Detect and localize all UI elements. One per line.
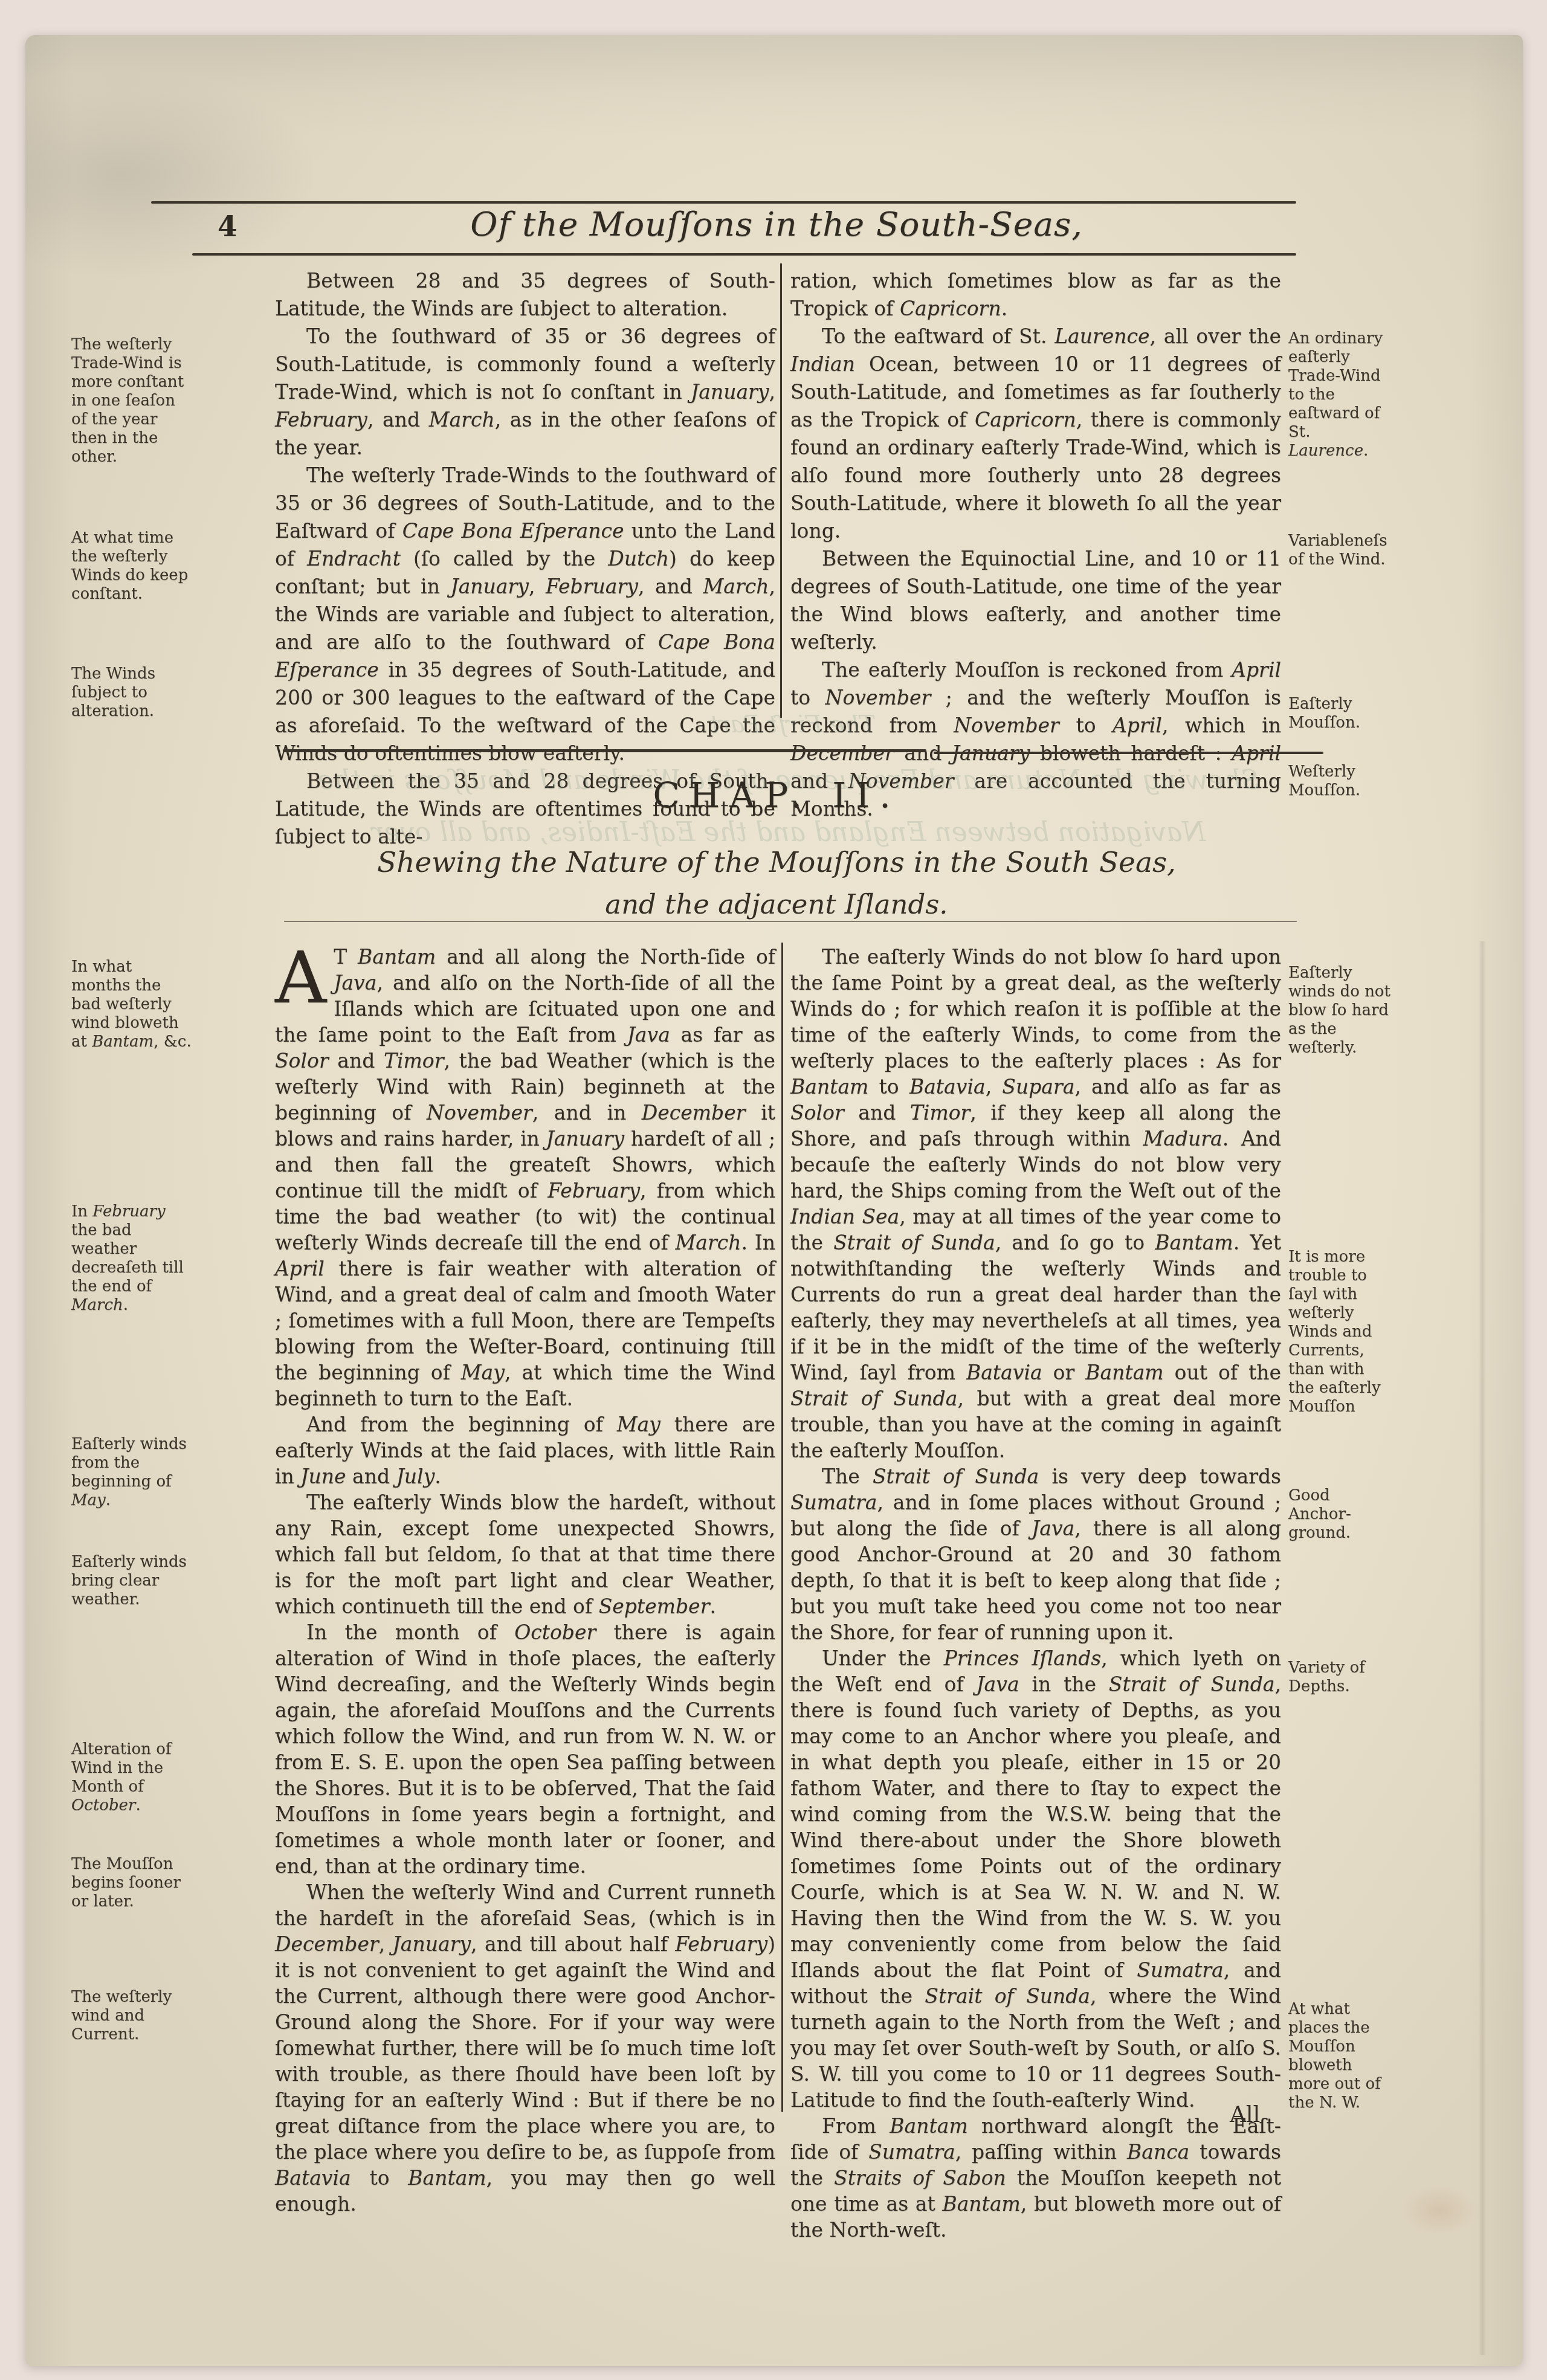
- drop-cap: A: [275, 944, 334, 1007]
- paragraph: The Strait of Sunda is very deep towards…: [790, 1463, 1281, 1645]
- margin-note: Weſterly Mouſſon.: [1288, 763, 1394, 800]
- margin-note: Variableneſs of the Wind.: [1288, 532, 1394, 569]
- paragraph: From Bantam northward alongſt the Eaſt-ſ…: [790, 2113, 1281, 2243]
- book-page: 4 Of the Mouſſons in the South-Seas, Bet…: [25, 35, 1523, 2366]
- margin-note: Eaſterly winds from the beginning of May…: [71, 1435, 192, 1510]
- paragraph: And from the beginning of May there are …: [275, 1411, 775, 1489]
- paragraph: The eaſterly Winds do not blow ſo hard u…: [790, 944, 1281, 1463]
- paragraph: In the month of October there is again a…: [275, 1619, 775, 1879]
- margin-note: At what places the Mouſſon bloweth more …: [1288, 2000, 1394, 2112]
- header-rule-top: [151, 201, 1296, 204]
- chapter2-left-margin-notes: In what months the bad weſterly wind blo…: [71, 35, 192, 2366]
- catchword: All: [1230, 2101, 1260, 2127]
- margin-note: In what months the bad weſterly wind blo…: [71, 958, 192, 1051]
- section1-left-column: Between 28 and 35 degrees of South-Latit…: [275, 267, 775, 851]
- paragraph: Under the Princes Iſlands, which lyeth o…: [790, 1645, 1281, 2113]
- paragraph: AT Bantam and all along the North-ſide o…: [275, 944, 775, 1411]
- page-number: 4: [218, 210, 237, 243]
- margin-note: Eaſterly winds bring clear weather.: [71, 1553, 192, 1609]
- chapter2-left-column: AT Bantam and all along the North-ſide o…: [275, 944, 775, 2217]
- chapter-subtitle-line2: and the adjacent Iſlands.: [275, 888, 1278, 920]
- column-divider-rule: [781, 943, 783, 2112]
- paragraph: The weſterly Trade-Winds to the ſouthwar…: [275, 462, 775, 767]
- column-divider-rule: [780, 263, 782, 718]
- margin-note: At what time the weſterly Winds do keep …: [71, 529, 192, 604]
- section-separator-rule: [934, 752, 1323, 754]
- chapter2-right-column: The eaſterly Winds do not blow ſo hard u…: [790, 944, 1281, 2243]
- running-title: Of the Mouſſons in the South-Seas,: [275, 205, 1278, 243]
- chapter2-right-margin-notes: Eaſterly winds do not blow ſo hard as th…: [1288, 35, 1394, 2366]
- margin-note: Variety of Depths.: [1288, 1659, 1394, 1696]
- chapter-subtitle-rule: [284, 921, 1297, 922]
- margin-note: Good Anchor-ground.: [1288, 1486, 1394, 1543]
- page-crease: [1479, 941, 1486, 2355]
- section1-right-margin-notes: An ordinary eaſterly Trade-Wind to the e…: [1288, 35, 1394, 2366]
- margin-note: The Winds ſubject to alteration.: [71, 665, 192, 721]
- photo-backdrop: 4 Of the Mouſſons in the South-Seas, Bet…: [0, 0, 1547, 2380]
- margin-note: An ordinary eaſterly Trade-Wind to the e…: [1288, 329, 1394, 460]
- paragraph: Between 28 and 35 degrees of South-Latit…: [275, 267, 775, 323]
- paragraph: When the weſterly Wind and Current runne…: [275, 1879, 775, 2217]
- section-separator-rule: [283, 749, 926, 752]
- paragraph: ration, which ſometimes blow as far as t…: [790, 267, 1281, 323]
- margin-note: It is more trouble to ſayl with weſterly…: [1288, 1248, 1394, 1416]
- section1-left-margin-notes: The weſterly Trade-Wind is more conſtant…: [71, 35, 192, 2366]
- margin-note: In February the bad weather decreaſeth t…: [71, 1202, 192, 1315]
- chapter-heading: CHAP. II.: [275, 775, 1278, 816]
- margin-note: The weſterly wind and Current.: [71, 1988, 192, 2044]
- paragraph: To the eaſtward of St. Laurence, all ove…: [790, 323, 1281, 545]
- section1-right-column: ration, which ſometimes blow as far as t…: [790, 267, 1281, 823]
- margin-note: The Mouſſon begins ſooner or later.: [71, 1855, 192, 1911]
- paragraph: The eaſterly Winds blow the hardeſt, wit…: [275, 1489, 775, 1619]
- paragraph: To the ſouthward of 35 or 36 degrees of …: [275, 323, 775, 462]
- margin-note: Eaſterly Mouſſon.: [1288, 695, 1394, 732]
- margin-note: Eaſterly winds do not blow ſo hard as th…: [1288, 964, 1394, 1057]
- margin-note: Alteration of Wind in the Month of Octob…: [71, 1740, 192, 1815]
- margin-note: The weſterly Trade-Wind is more conſtant…: [71, 335, 192, 466]
- header-rule-bottom: [192, 253, 1296, 256]
- paragraph: Between the Equinoctial Line, and 10 or …: [790, 545, 1281, 656]
- chapter-subtitle-line1: Shewing the Nature of the Mouſſons in th…: [275, 846, 1278, 879]
